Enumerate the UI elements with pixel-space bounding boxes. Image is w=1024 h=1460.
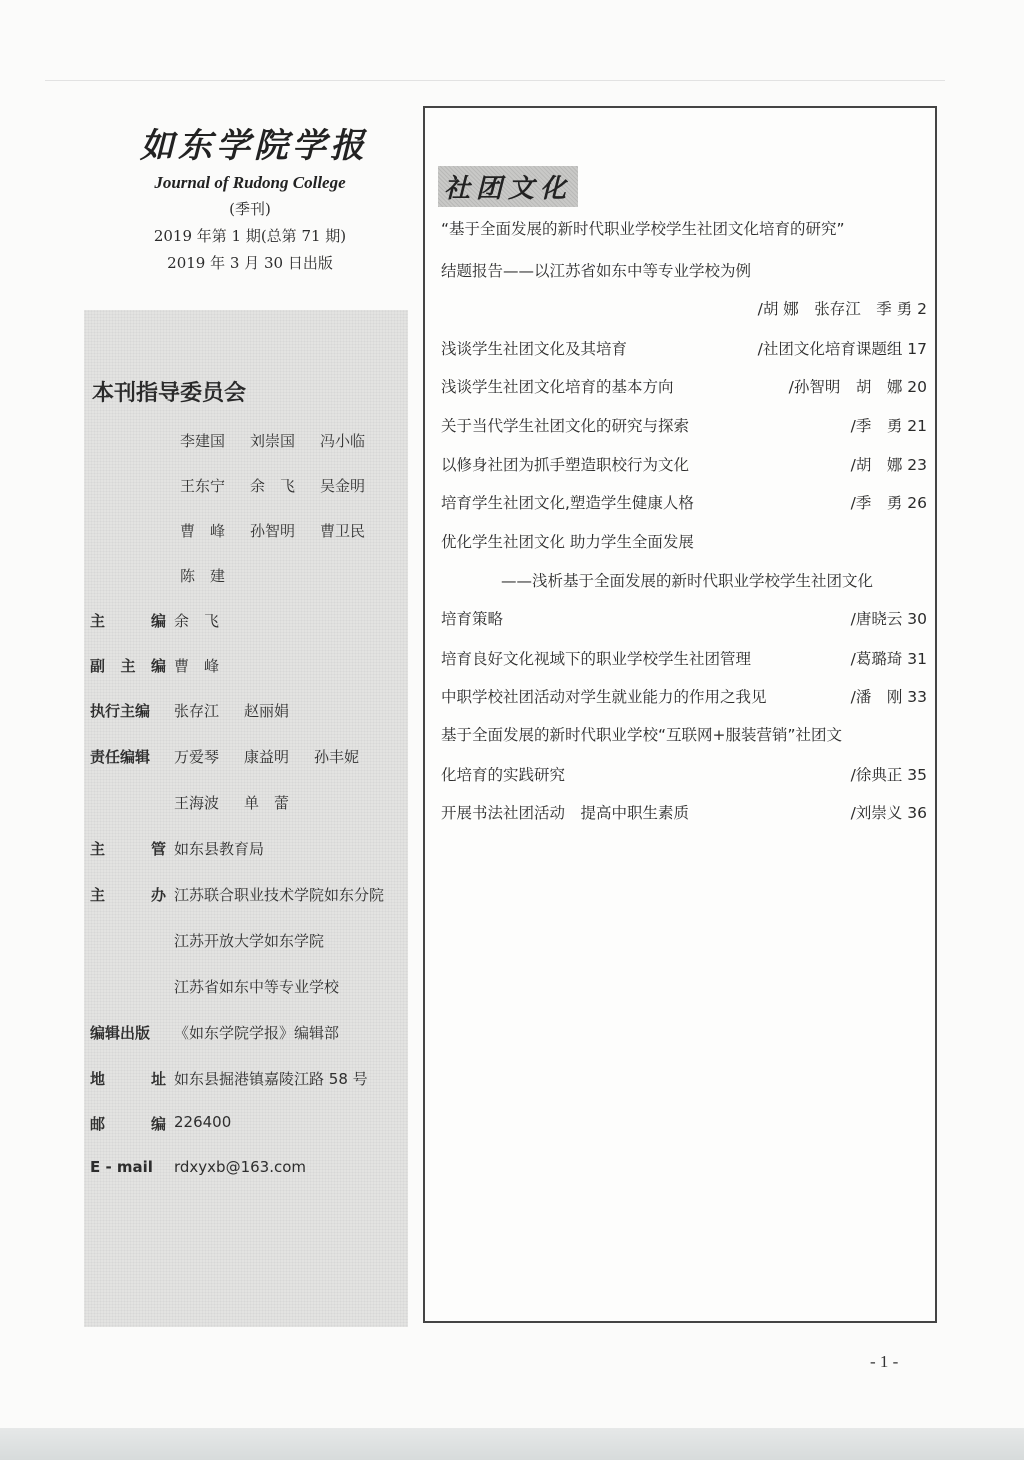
info-label-part: 主 <box>90 884 105 905</box>
info-label-part: 责任编辑 <box>90 746 150 767</box>
info-label: 副主编 <box>90 655 174 676</box>
committee-row: 曹 峰孙智明曹卫民 <box>180 520 390 541</box>
committee-member: 曹 峰 <box>180 520 250 541</box>
info-label: 编辑出版 <box>90 1022 174 1043</box>
info-label-part: 编 <box>151 610 166 631</box>
journal-title-cn: 如东学院学报 <box>108 118 400 167</box>
page-number: - 1 - <box>870 1352 898 1372</box>
info-label-part: 地 <box>90 1068 105 1089</box>
info-row: 执行主编张存江赵丽娟 <box>90 700 314 721</box>
info-value-part: 曹 峰 <box>174 655 219 676</box>
toc-entry-title: 培育良好文化视域下的职业学校学生社团管理 <box>441 648 751 670</box>
info-value-part: 康益明 <box>244 746 314 767</box>
info-label-part: 编 <box>151 1113 166 1134</box>
committee-title: 本刊指导委员会 <box>92 376 246 407</box>
committee-member: 余 飞 <box>250 475 320 496</box>
toc-entry[interactable]: 以修身社团为抓手塑造职校行为文化/胡 娜 23 <box>441 454 927 476</box>
committee-member: 曹卫民 <box>320 520 390 541</box>
info-row: 主办江苏联合职业技术学院如东分院 <box>90 884 384 905</box>
info-value-part: 如东县教育局 <box>174 838 264 859</box>
toc-entry[interactable]: 结题报告——以江苏省如东中等专业学校为例 <box>441 260 927 282</box>
toc-entry[interactable]: 浅谈学生社团文化培育的基本方向/孙智明 胡 娜 20 <box>441 376 927 398</box>
table-of-contents: 社团文化 “基于全面发展的新时代职业学校学生社团文化培育的研究”结题报告——以江… <box>423 106 937 1323</box>
info-label: 邮编 <box>90 1113 174 1134</box>
info-label: 地址 <box>90 1068 174 1089</box>
publish-date: 2019 年 3 月 30 日出版 <box>100 252 400 274</box>
editorial-info-panel: 本刊指导委员会 李建国刘崇国冯小临王东宁余 飞吴金明曹 峰孙智明曹卫民陈 建 主… <box>84 310 408 1327</box>
toc-entry[interactable]: 化培育的实践研究/徐典正 35 <box>441 764 927 786</box>
info-label <box>90 792 174 813</box>
info-value: 《如东学院学报》编辑部 <box>174 1022 339 1043</box>
info-value-part: 江苏省如东中等专业学校 <box>174 976 339 997</box>
committee-member: 孙智明 <box>250 520 320 541</box>
info-row: 主编余 飞 <box>90 610 219 631</box>
toc-entry-author-page: /季 勇 26 <box>851 492 927 514</box>
info-label-part: 邮 <box>90 1113 105 1134</box>
toc-entry-author-page: /孙智明 胡 娜 20 <box>789 376 927 398</box>
toc-entry[interactable]: 中职学校社团活动对学生就业能力的作用之我见/潘 刚 33 <box>441 686 927 708</box>
toc-entry-title: 以修身社团为抓手塑造职校行为文化 <box>441 454 689 476</box>
toc-entry-author-page: /潘 刚 33 <box>851 686 927 708</box>
info-label-part: 执行主编 <box>90 700 150 721</box>
info-value: 王海波单 蕾 <box>174 792 314 813</box>
info-label-part: 址 <box>151 1068 166 1089</box>
info-label-part: 主 <box>90 838 105 859</box>
toc-entry-author-page: /胡 娜 张存江 季 勇 2 <box>758 298 927 320</box>
info-value: 曹 峰 <box>174 655 219 676</box>
info-label-part: 编辑出版 <box>90 1022 150 1043</box>
info-label: 主办 <box>90 884 174 905</box>
info-value: 226400 <box>174 1113 231 1134</box>
info-label-part: E - mail <box>90 1158 153 1176</box>
info-label-part: 副 <box>90 655 105 676</box>
info-row: 主管如东县教育局 <box>90 838 264 859</box>
info-label: 主管 <box>90 838 174 859</box>
toc-entry-author-page: /唐晓云 30 <box>851 608 927 630</box>
toc-entry-title: ——浅析基于全面发展的新时代职业学校学生社团文化 <box>501 570 873 592</box>
toc-entry-title: 优化学生社团文化 助力学生全面发展 <box>441 531 694 553</box>
committee-member: 吴金明 <box>320 475 390 496</box>
info-row: 邮编226400 <box>90 1113 231 1134</box>
info-value: 如东县教育局 <box>174 838 264 859</box>
toc-entry[interactable]: 基于全面发展的新时代职业学校“互联网+服装营销”社团文 <box>441 724 927 746</box>
scan-edge-shadow <box>0 1428 1024 1460</box>
toc-entry[interactable]: 培育策略/唐晓云 30 <box>441 608 927 630</box>
info-label: 责任编辑 <box>90 746 174 767</box>
toc-entry[interactable]: ——浅析基于全面发展的新时代职业学校学生社团文化 <box>441 570 927 592</box>
toc-entry-title: “基于全面发展的新时代职业学校学生社团文化培育的研究” <box>441 218 845 240</box>
toc-entry-title: 基于全面发展的新时代职业学校“互联网+服装营销”社团文 <box>441 724 842 746</box>
email-link[interactable]: rdxyxb@163.com <box>174 1158 306 1176</box>
committee-member: 李建国 <box>180 430 250 451</box>
issue-number: 2019 年第 1 期(总第 71 期) <box>100 225 400 247</box>
toc-entry-title: 浅谈学生社团文化培育的基本方向 <box>441 376 674 398</box>
journal-title-en: Journal of Rudong College <box>100 173 400 193</box>
info-label-part: 主 <box>90 610 105 631</box>
toc-entry[interactable]: 关于当代学生社团文化的研究与探索/季 勇 21 <box>441 415 927 437</box>
toc-entry-author-page: /胡 娜 23 <box>851 454 927 476</box>
info-row: 责任编辑万爱琴康益明孙丰妮 <box>90 746 384 767</box>
info-value: 如东县掘港镇嘉陵江路 58 号 <box>174 1068 368 1089</box>
info-value-part: 江苏开放大学如东学院 <box>174 930 324 951</box>
info-label: 主编 <box>90 610 174 631</box>
committee-member: 王东宁 <box>180 475 250 496</box>
committee-member: 冯小临 <box>320 430 390 451</box>
toc-entry-author-page: /葛璐琦 31 <box>851 648 927 670</box>
info-row: E - mailrdxyxb@163.com <box>90 1158 306 1176</box>
toc-entry[interactable]: 培育良好文化视域下的职业学校学生社团管理/葛璐琦 31 <box>441 648 927 670</box>
info-value: 江苏开放大学如东学院 <box>174 930 324 951</box>
info-label-part: 管 <box>151 838 166 859</box>
committee-member: 刘崇国 <box>250 430 320 451</box>
section-label: 社团文化 <box>438 166 578 207</box>
toc-entry-title: 结题报告——以江苏省如东中等专业学校为例 <box>441 260 751 282</box>
info-label-part: 主 <box>120 655 135 676</box>
committee-member: 陈 建 <box>180 565 250 586</box>
info-value-part: 万爱琴 <box>174 746 244 767</box>
toc-entry-author-page: /刘崇义 36 <box>851 802 927 824</box>
info-value-part: 单 蕾 <box>244 792 314 813</box>
masthead: 如东学院学报 Journal of Rudong College (季刊) 20… <box>100 118 400 274</box>
toc-entry[interactable]: 浅谈学生社团文化及其培育/社团文化培育课题组 17 <box>441 338 927 360</box>
info-value: 江苏联合职业技术学院如东分院 <box>174 884 384 905</box>
toc-entry-title: 中职学校社团活动对学生就业能力的作用之我见 <box>441 686 767 708</box>
info-value-part: 江苏联合职业技术学院如东分院 <box>174 884 384 905</box>
committee-row: 陈 建 <box>180 565 250 586</box>
toc-entry-title: 培育学生社团文化,塑造学生健康人格 <box>441 492 694 514</box>
info-value-part: 《如东学院学报》编辑部 <box>174 1022 339 1043</box>
committee-row: 王东宁余 飞吴金明 <box>180 475 390 496</box>
info-value-part: 如东县掘港镇嘉陵江路 58 号 <box>174 1068 368 1089</box>
toc-entry[interactable]: 开展书法社团活动 提高中职生素质/刘崇义 36 <box>441 802 927 824</box>
toc-entry[interactable]: 培育学生社团文化,塑造学生健康人格/季 勇 26 <box>441 492 927 514</box>
toc-entry-title: 开展书法社团活动 提高中职生素质 <box>441 802 689 824</box>
header-rule <box>45 80 945 81</box>
frequency: (季刊) <box>100 198 400 220</box>
toc-entry-title: 浅谈学生社团文化及其培育 <box>441 338 627 360</box>
info-label <box>90 976 174 997</box>
toc-entry[interactable]: /胡 娜 张存江 季 勇 2 <box>441 298 927 320</box>
toc-entry-title: 关于当代学生社团文化的研究与探索 <box>441 415 689 437</box>
info-label: 执行主编 <box>90 700 174 721</box>
toc-entry[interactable]: “基于全面发展的新时代职业学校学生社团文化培育的研究” <box>441 218 927 240</box>
info-row: 编辑出版《如东学院学报》编辑部 <box>90 1022 339 1043</box>
info-value-part: 张存江 <box>174 700 244 721</box>
toc-entry-author-page: /季 勇 21 <box>851 415 927 437</box>
info-value-part: 孙丰妮 <box>314 746 384 767</box>
info-value-part: 王海波 <box>174 792 244 813</box>
info-row: 副主编曹 峰 <box>90 655 219 676</box>
info-row: 江苏开放大学如东学院 <box>90 930 324 951</box>
faint-bleed-through-header <box>45 62 945 82</box>
info-row: 地址如东县掘港镇嘉陵江路 58 号 <box>90 1068 368 1089</box>
info-label-part: 办 <box>151 884 166 905</box>
info-value: 张存江赵丽娟 <box>174 700 314 721</box>
toc-entry-title: 化培育的实践研究 <box>441 764 565 786</box>
toc-entry[interactable]: 优化学生社团文化 助力学生全面发展 <box>441 531 927 553</box>
toc-entry-author-page: /徐典正 35 <box>851 764 927 786</box>
toc-entry-author-page: /社团文化培育课题组 17 <box>758 338 927 360</box>
info-label-part: 编 <box>151 655 166 676</box>
info-value[interactable]: rdxyxb@163.com <box>174 1158 306 1176</box>
info-value-part: 226400 <box>174 1113 231 1131</box>
info-row: 江苏省如东中等专业学校 <box>90 976 339 997</box>
info-label <box>90 930 174 951</box>
committee-row: 李建国刘崇国冯小临 <box>180 430 390 451</box>
info-value-part: 余 飞 <box>174 610 219 631</box>
info-value-part: 赵丽娟 <box>244 700 314 721</box>
info-label: E - mail <box>90 1158 174 1176</box>
info-row: 王海波单 蕾 <box>90 792 314 813</box>
info-value: 江苏省如东中等专业学校 <box>174 976 339 997</box>
toc-entry-title: 培育策略 <box>441 608 503 630</box>
info-value: 万爱琴康益明孙丰妮 <box>174 746 384 767</box>
info-value: 余 飞 <box>174 610 219 631</box>
